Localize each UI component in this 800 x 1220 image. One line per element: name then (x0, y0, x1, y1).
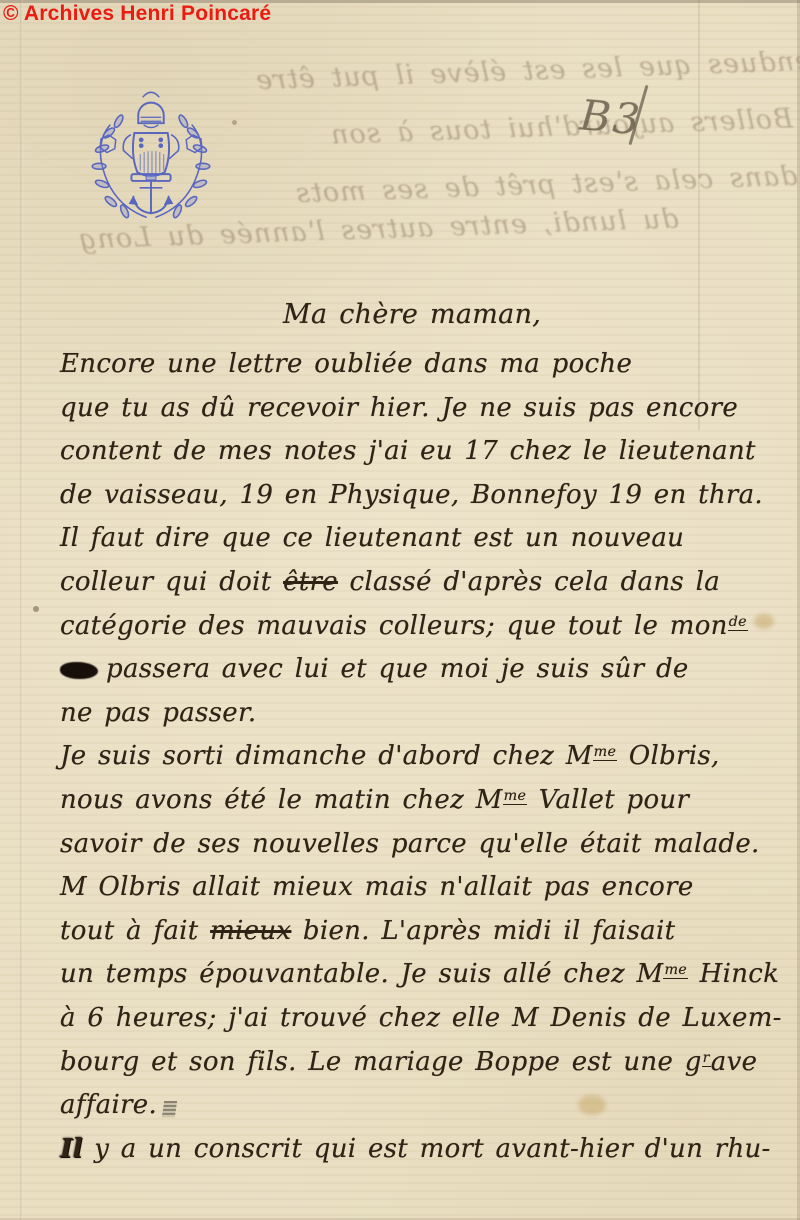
letter-text-segment: ne pas passer. (60, 698, 256, 728)
ink-smudge (162, 1101, 177, 1117)
letter-text-segment: de vaisseau, 19 en Physique, Bonnefoy 19… (60, 480, 763, 510)
knight-helmet-icon (138, 92, 163, 127)
letter-text-segment: classé d'après cela dans la (338, 567, 720, 597)
letter-line: bourg et son fils. Le mariage Boppe est … (60, 1047, 798, 1091)
cuirass-breastplate-icon (123, 133, 179, 181)
letter-text-segment: savoir de ses nouvelles parce qu'elle ét… (60, 829, 760, 859)
letter-text-segment: bien. L'après midi il faisait (291, 916, 675, 946)
letter-text-segment: Je suis sorti dimanche d'abord chez M (60, 741, 593, 771)
letter-text-segment: être (283, 567, 338, 597)
letter-body: Encore une lettre oubliée dans ma pocheq… (60, 349, 798, 1177)
letter-text-segment: Il faut dire que ce lieutenant est un no… (60, 523, 684, 553)
ink-blot (60, 662, 98, 679)
letter-line: colleur qui doit être classé d'après cel… (60, 567, 798, 611)
crest-side-charms-icon (100, 135, 202, 153)
letter-line: savoir de ses nouvelles parce qu'elle ét… (60, 829, 798, 873)
paper-speck (33, 606, 39, 612)
letter-text-segment: y a un conscrit qui est mort avant-hier … (83, 1134, 771, 1164)
letter-text-segment: ave (711, 1047, 757, 1077)
letter-line: Encore une lettre oubliée dans ma poche (60, 349, 798, 393)
letter-text-segment: de (728, 614, 748, 631)
letter-line: Il y a un conscrit qui est mort avant-hi… (60, 1134, 798, 1178)
letter-text-segment: Vallet pour (527, 785, 689, 815)
letter-line: de vaisseau, 19 en Physique, Bonnefoy 19… (60, 480, 798, 524)
paper-speck (232, 120, 237, 125)
letter-line: content de mes notes j'ai eu 17 chez le … (60, 436, 798, 480)
letter-text-segment: affaire. (60, 1090, 157, 1120)
letter-text-segment: tout à fait (60, 916, 210, 946)
letter-text-segment: Hinck (688, 959, 779, 989)
letter-text-segment: Olbris, (617, 741, 719, 771)
letter-text-segment: bourg et son fils. Le mariage Boppe est … (60, 1047, 702, 1077)
letter-line: ne pas passer. (60, 698, 798, 742)
letter-line: que tu as dû recevoir hier. Je ne suis p… (60, 393, 798, 437)
letter-text-segment: M Olbris allait mieux mais n'allait pas … (60, 872, 694, 902)
letter-salutation: Ma chère maman, (283, 299, 541, 330)
letter-text-segment: Encore une lettre oubliée dans ma poche (60, 349, 632, 379)
letter-text-segment: colleur qui doit (60, 567, 283, 597)
letter-text-segment: à 6 heures; j'ai trouvé chez elle M Deni… (60, 1003, 782, 1033)
letter-text-segment: que tu as dû recevoir hier. Je ne suis p… (60, 393, 738, 423)
letter-text-segment: me (593, 744, 618, 761)
letter-line: tout à fait mieux bien. L'après midi il … (60, 916, 798, 960)
letter-text-segment: r (702, 1050, 711, 1067)
letter-line: M Olbris allait mieux mais n'allait pas … (60, 872, 798, 916)
letter-text-segment: nous avons été le matin chez M (60, 785, 503, 815)
letter-text-segment: catégorie des mauvais colleurs; que tout… (60, 611, 728, 641)
letter-line: affaire. (60, 1090, 798, 1134)
letter-line: catégorie des mauvais colleurs; que tout… (60, 611, 798, 655)
letter-text-segment: un temps épouvantable. Je suis allé chez… (60, 959, 663, 989)
letter-line: Il faut dire que ce lieutenant est un no… (60, 523, 798, 567)
fold-crease-left (20, 0, 23, 1220)
letter-line: Je suis sorti dimanche d'abord chez Mme … (60, 741, 798, 785)
letter-text-segment: mieux (210, 916, 291, 946)
letter-text-segment: Il (60, 1134, 83, 1164)
letter-line: un temps épouvantable. Je suis allé chez… (60, 959, 798, 1003)
letter-line: nous avons été le matin chez Mme Vallet … (60, 785, 798, 829)
anchor-icon (129, 181, 172, 213)
letter-text-segment: passera avec lui et que moi je suis sûr … (106, 654, 689, 684)
letter-line: à 6 heures; j'ai trouvé chez elle M Deni… (60, 1003, 798, 1047)
heraldic-crest-stamp (86, 84, 216, 226)
letter-text-segment: me (503, 788, 528, 805)
letter-text-segment: content de mes notes j'ai eu 17 chez le … (60, 436, 756, 466)
letter-text-segment: me (663, 962, 688, 979)
copyright-notice: © Archives Henri Poincaré (3, 2, 271, 26)
letter-line: passera avec lui et que moi je suis sûr … (60, 654, 798, 698)
